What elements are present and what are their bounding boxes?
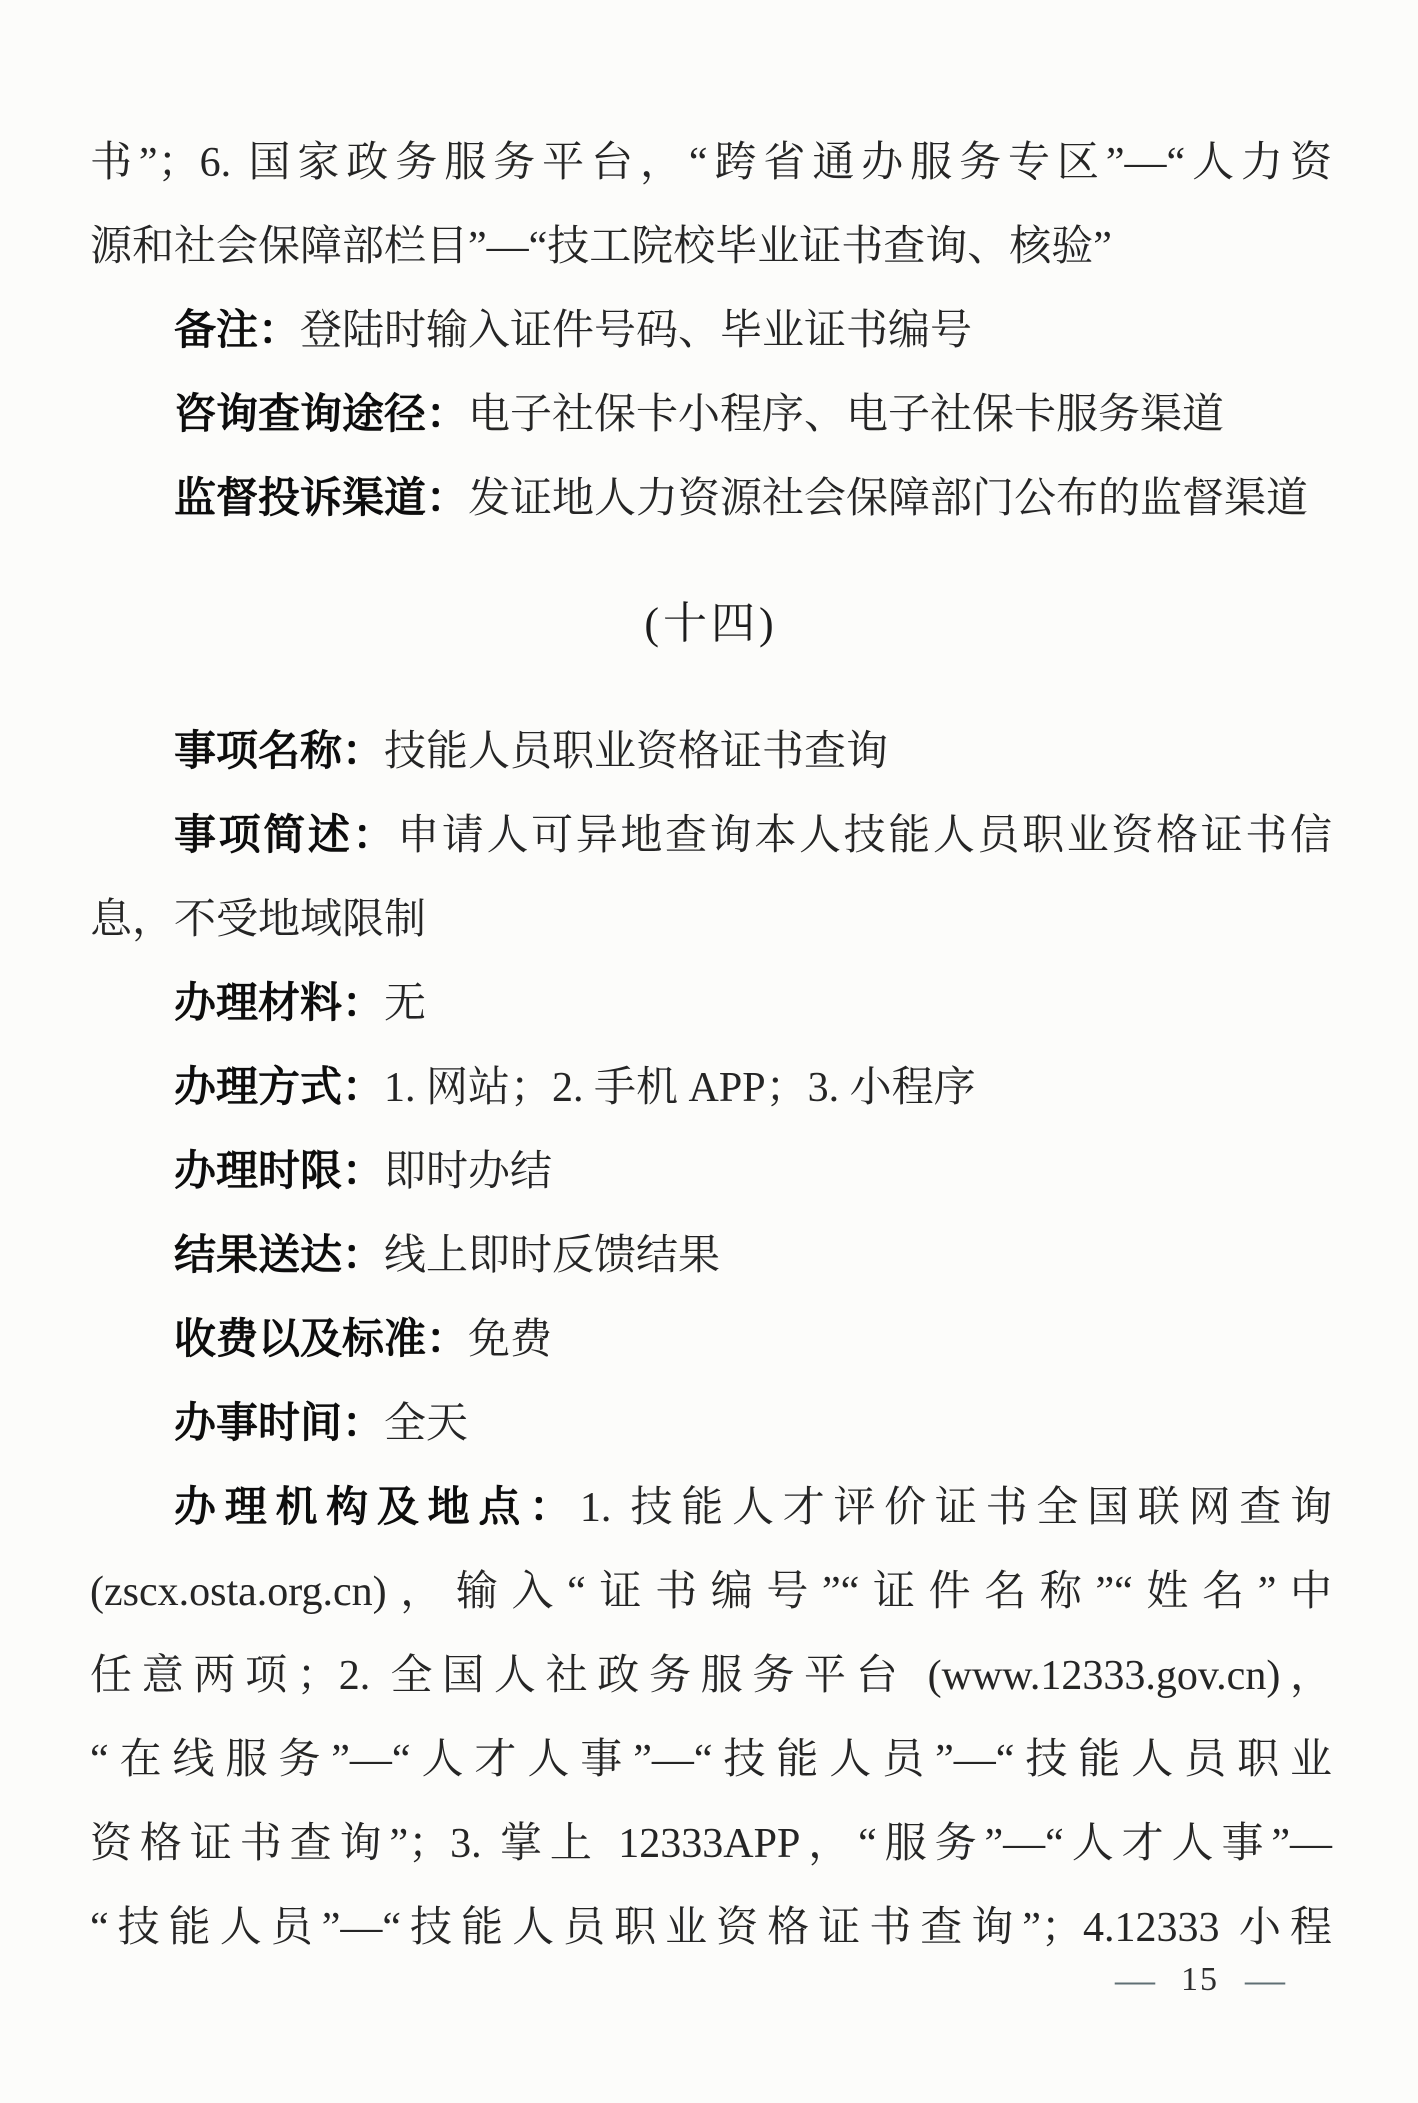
line-text: 书”；6. 国家政务服务平台，“跨省通办服务专区”—“人力资 [90, 140, 1332, 186]
line-text: 无 [384, 981, 426, 1027]
text-line: 办理材料：无 [90, 962, 1332, 1046]
line-text: (zscx.osta.org.cn)，输入“证书编号”“证件名称”“姓名”中 [90, 1569, 1332, 1615]
text-line: 结果送达：线上即时反馈结果 [90, 1214, 1332, 1298]
line-text: 登陆时输入证件号码、毕业证书编号 [300, 308, 972, 354]
field-label: 办理方式： [174, 1065, 384, 1111]
line-text: 全天 [384, 1401, 468, 1447]
line-text: 1. 技能人才评价证书全国联网查询 [580, 1485, 1332, 1531]
line-text: 即时办结 [384, 1149, 552, 1195]
text-line: 源和社会保障部栏目”—“技工院校毕业证书查询、核验” [90, 205, 1332, 289]
text-line: 办理时限：即时办结 [90, 1130, 1332, 1214]
line-text: 任意两项；2. 全国人社政务服务平台 (www.12333.gov.cn)， [90, 1653, 1332, 1699]
line-text: “技能人员”—“技能人员职业资格证书查询”；4.12333 小程 [90, 1905, 1332, 1951]
field-label: 办理材料： [174, 981, 384, 1027]
page-number: 15 [1181, 1958, 1219, 2002]
line-text: 免费 [468, 1317, 552, 1363]
field-label: 收费以及标准： [174, 1317, 468, 1363]
field-label: 事项名称： [174, 729, 384, 775]
field-label: 办事时间： [174, 1401, 384, 1447]
line-text: 发证地人力资源社会保障部门公布的监督渠道 [468, 476, 1308, 522]
field-label: 办理时限： [174, 1149, 384, 1195]
field-label: 办理机构及地点： [174, 1485, 580, 1531]
text-line: 办理机构及地点：1. 技能人才评价证书全国联网查询 [90, 1466, 1332, 1550]
document-content: 书”；6. 国家政务服务平台，“跨省通办服务专区”—“人力资源和社会保障部栏目”… [0, 0, 1418, 1970]
line-text: 息，不受地域限制 [90, 897, 426, 943]
paragraphs-before-heading: 书”；6. 国家政务服务平台，“跨省通办服务专区”—“人力资源和社会保障部栏目”… [90, 121, 1332, 541]
field-label: 结果送达： [174, 1233, 384, 1279]
field-label: 监督投诉渠道： [174, 476, 468, 522]
text-line: 办理方式：1. 网站；2. 手机 APP；3. 小程序 [90, 1046, 1332, 1130]
text-line: 办事时间：全天 [90, 1382, 1332, 1466]
section-heading: (十四) [90, 582, 1332, 666]
field-label: 事项简述： [174, 813, 397, 859]
text-line: (zscx.osta.org.cn)，输入“证书编号”“证件名称”“姓名”中 [90, 1550, 1332, 1634]
footer-dash-right: — [1245, 1958, 1285, 2002]
text-line: 收费以及标准：免费 [90, 1298, 1332, 1382]
text-line: “在线服务”—“人才人事”—“技能人员”—“技能人员职业 [90, 1718, 1332, 1802]
text-line: 备注：登陆时输入证件号码、毕业证书编号 [90, 289, 1332, 373]
text-line: 任意两项；2. 全国人社政务服务平台 (www.12333.gov.cn)， [90, 1634, 1332, 1718]
line-text: 技能人员职业资格证书查询 [384, 729, 888, 775]
paragraphs-after-heading: 事项名称：技能人员职业资格证书查询事项简述：申请人可异地查询本人技能人员职业资格… [90, 710, 1332, 1970]
text-line: 资格证书查询”；3. 掌上 12333APP，“服务”—“人才人事”— [90, 1802, 1332, 1886]
page-footer: — 15 — [1115, 1958, 1285, 2002]
field-label: 备注： [174, 308, 300, 354]
field-label: 咨询查询途径： [174, 392, 468, 438]
text-line: 事项简述：申请人可异地查询本人技能人员职业资格证书信 [90, 794, 1332, 878]
line-text: 1. 网站；2. 手机 APP；3. 小程序 [384, 1065, 976, 1111]
line-text: “在线服务”—“人才人事”—“技能人员”—“技能人员职业 [90, 1737, 1332, 1783]
line-text: 线上即时反馈结果 [384, 1233, 720, 1279]
text-line: 书”；6. 国家政务服务平台，“跨省通办服务专区”—“人力资 [90, 121, 1332, 205]
text-line: 监督投诉渠道：发证地人力资源社会保障部门公布的监督渠道 [90, 457, 1332, 541]
text-line: 咨询查询途径：电子社保卡小程序、电子社保卡服务渠道 [90, 373, 1332, 457]
line-text: 申请人可异地查询本人技能人员职业资格证书信 [397, 813, 1332, 859]
text-line: 事项名称：技能人员职业资格证书查询 [90, 710, 1332, 794]
line-text: 电子社保卡小程序、电子社保卡服务渠道 [468, 392, 1224, 438]
line-text: 资格证书查询”；3. 掌上 12333APP，“服务”—“人才人事”— [90, 1821, 1332, 1867]
line-text: 源和社会保障部栏目”—“技工院校毕业证书查询、核验” [90, 224, 1112, 270]
text-line: 息，不受地域限制 [90, 878, 1332, 962]
footer-dash-left: — [1115, 1958, 1155, 2002]
page: 书”；6. 国家政务服务平台，“跨省通办服务专区”—“人力资源和社会保障部栏目”… [0, 0, 1418, 2103]
